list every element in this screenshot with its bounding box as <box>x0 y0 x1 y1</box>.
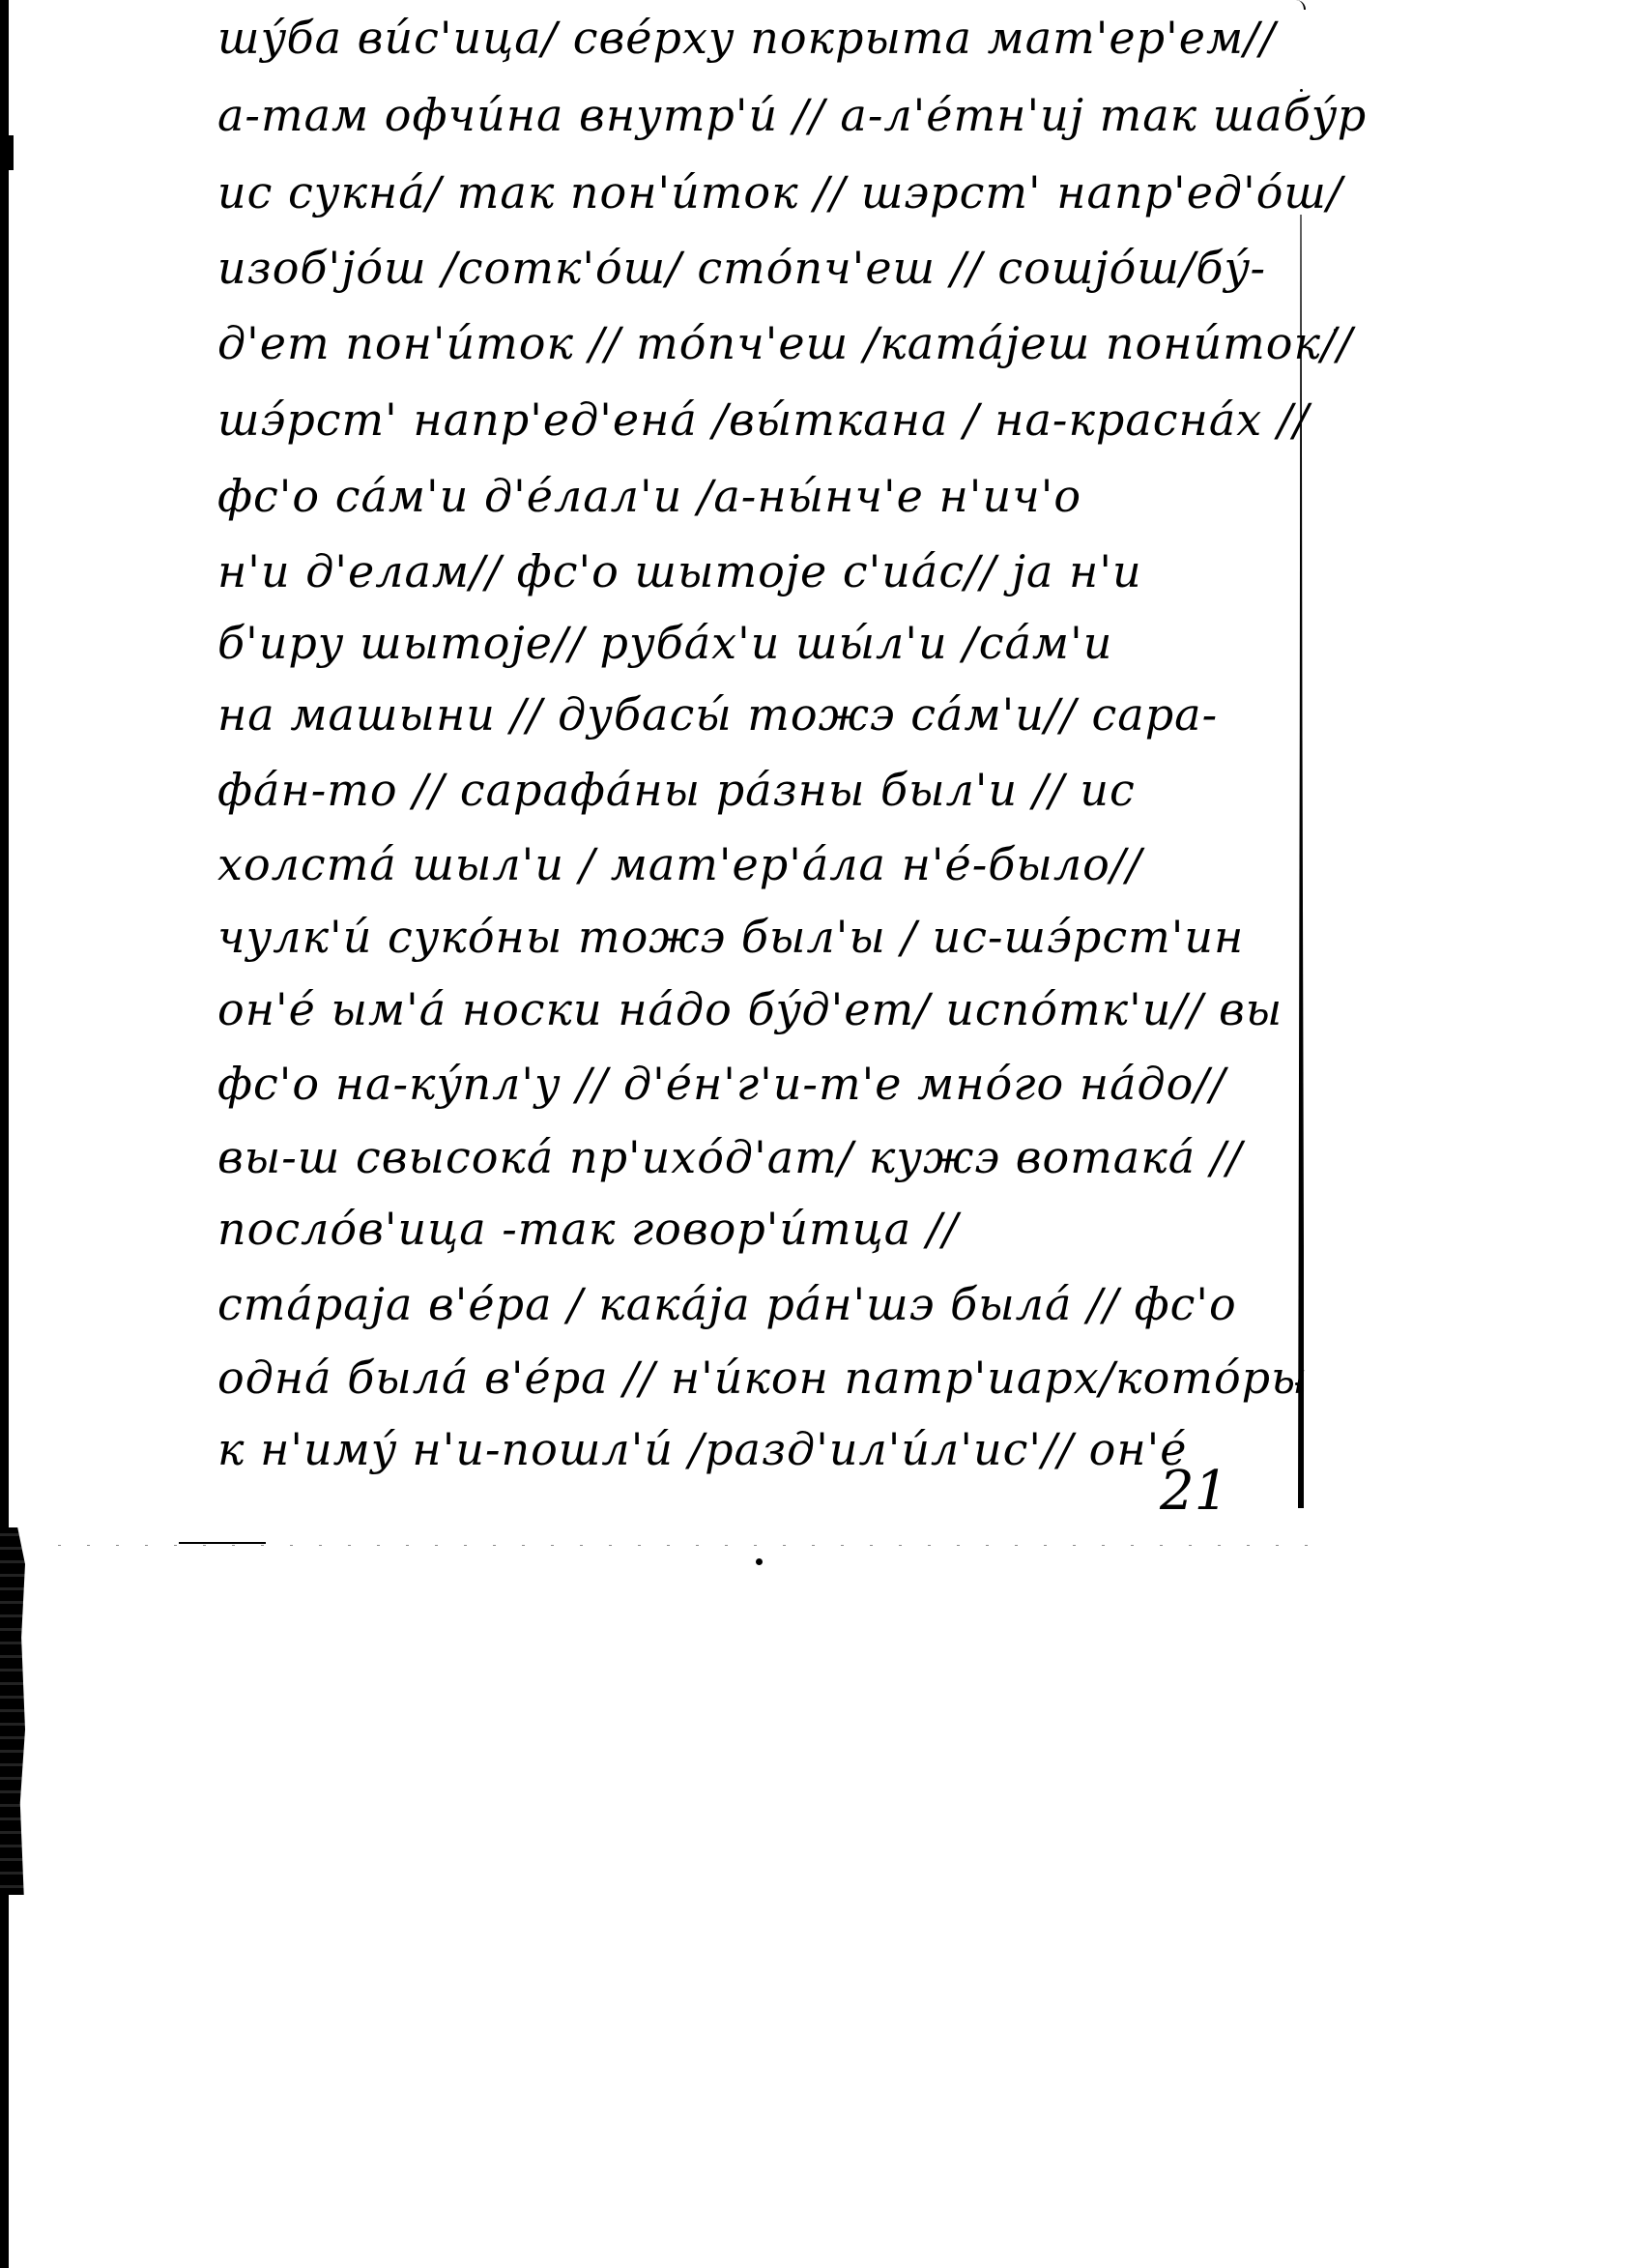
text-line-12: холстá шыл'и / мат'ер'áла н'é-было// <box>217 827 1142 902</box>
bottom-rule <box>179 1542 266 1544</box>
text-line-18: стáраја в'éра / какája рáн'шэ былá // фс… <box>217 1266 1237 1342</box>
text-line-19: однá былá в'éра // н'úкон патр'иарх/котó… <box>217 1340 1309 1415</box>
ink-speck <box>756 1558 763 1565</box>
text-line-3: ис сукнá/ так пон'úток // шэрст' напр'ед… <box>217 155 1343 230</box>
text-line-17: послóв'ица -так говор'úтца // <box>217 1191 959 1266</box>
ink-speck <box>1334 329 1337 332</box>
text-line-20: к н'имý н'и-пошл'ú /разд'ил'úл'ис'// он'… <box>217 1411 1188 1487</box>
bottom-rule-dashed <box>58 1545 1314 1546</box>
text-line-8: н'и д'елам// фс'о шытоје с'иáс// ја н'и <box>217 534 1142 609</box>
page-number: 21 <box>1160 1460 1228 1523</box>
text-line-10: на машыни // дубасы́ тожэ сáм'и// сара- <box>217 677 1218 752</box>
scanned-page: шýба вúс'ица/ свéрху покрыта мат'ер'ем//… <box>0 0 1643 2268</box>
text-line-2: а-там офчúна внутр'ú // а-л'éтн'иј так ш… <box>217 77 1367 153</box>
ink-speck <box>1300 89 1303 92</box>
scan-edge-tear <box>0 1527 25 1895</box>
text-line-14: он'é ым'á носки нáдо бýд'ет/ испóтк'и// … <box>217 972 1283 1047</box>
text-line-5: д'ет пон'úток // тóпч'еш /катáјеш понúто… <box>217 305 1353 381</box>
scan-corner-mark <box>1290 0 1306 10</box>
text-line-15: фс'о на-кýпл'у // д'éн'г'и-т'е мнóго нáд… <box>217 1046 1225 1121</box>
text-line-9: б'иру шытоје// рубáх'и шы́л'и /сáм'и <box>217 605 1112 681</box>
text-line-6: шэ́рст' напр'ед'енá /вы́ткана / на-красн… <box>217 382 1310 457</box>
text-line-1: шýба вúс'ица/ свéрху покрыта мат'ер'ем// <box>217 0 1276 75</box>
text-line-11: фáн-то // сарафáны рáзны был'и // ис <box>217 752 1136 828</box>
text-line-16: вы-ш свысокá пр'ихóд'ат/ кужэ вотакá // <box>217 1119 1243 1195</box>
text-line-4: изоб'јóш /сотк'óш/ стóпч'еш // сошјóш/бý… <box>217 230 1266 305</box>
scan-edge-mark <box>8 135 14 170</box>
text-line-7: фс'о сáм'и д'éлал'и /а-ны́нч'е н'ич'о <box>217 458 1081 534</box>
text-line-13: чулк'ú сукóны тожэ был'ы / ис-шэ́рст'ин <box>217 899 1244 974</box>
scan-left-edge <box>0 0 9 2268</box>
ink-speck <box>1295 1382 1298 1385</box>
